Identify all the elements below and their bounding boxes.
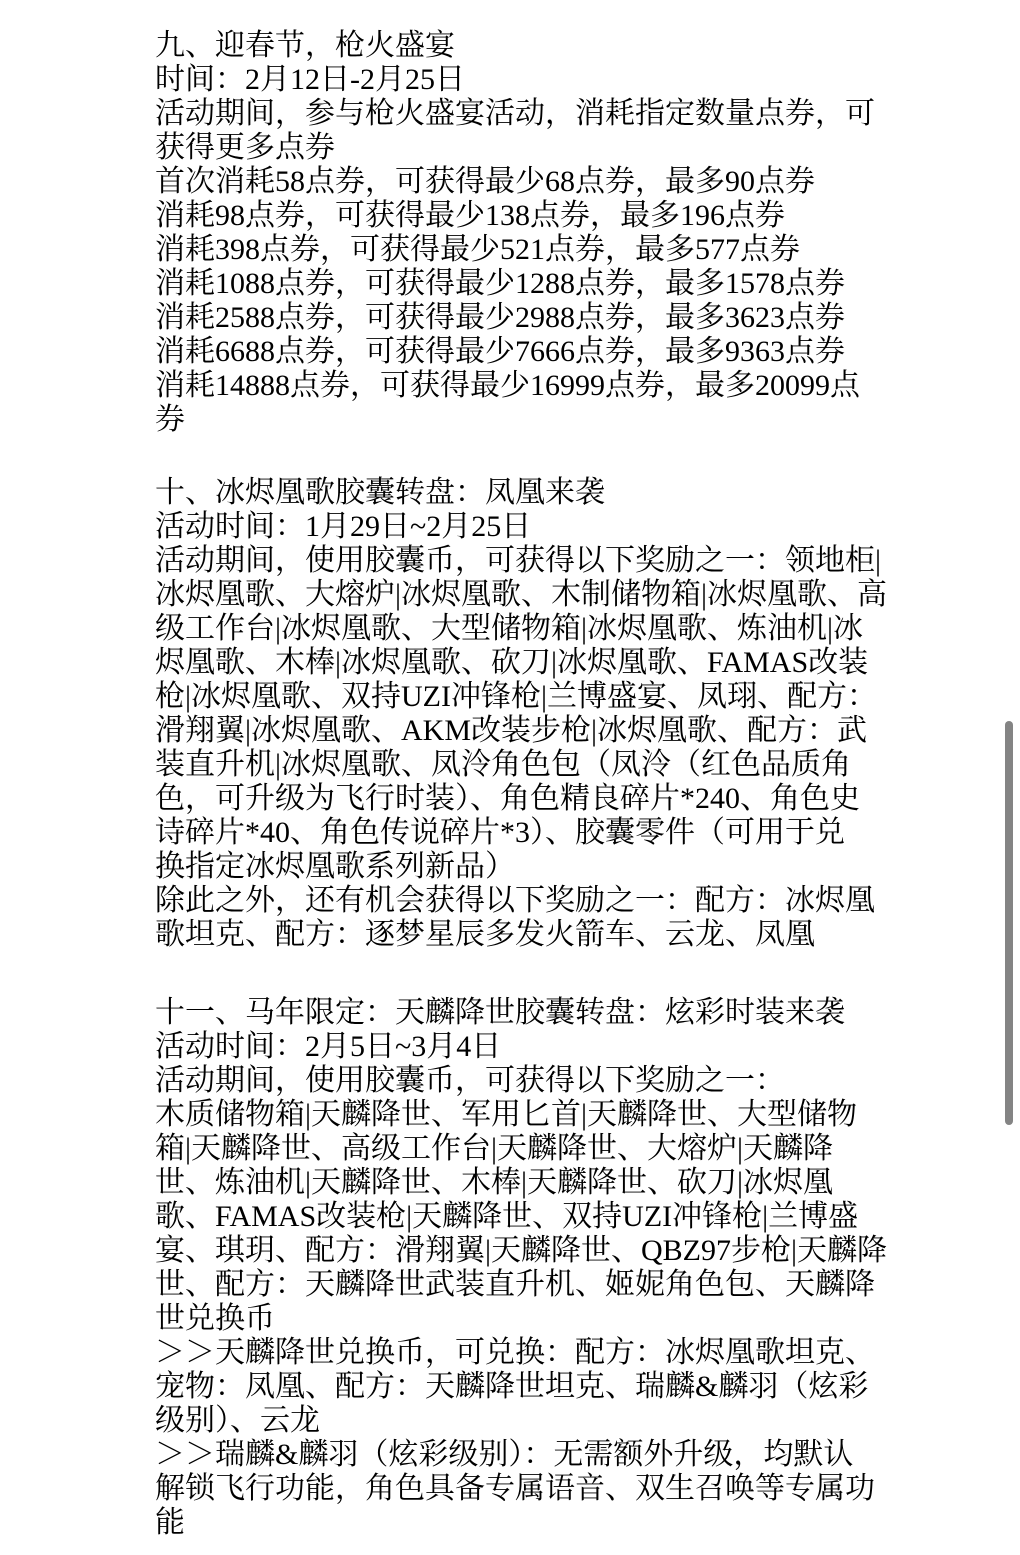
text-line: 能 [155, 1506, 900, 1540]
text-line: 箱|天麟降世、高级工作台|天麟降世、大熔炉|天麟降 [155, 1132, 900, 1166]
text-line: 除此之外，还有机会获得以下奖励之一：配方：冰烬凰 [155, 884, 900, 918]
text-line: 消耗14888点券，可获得最少16999点券，最多20099点 [155, 369, 900, 403]
text-line: 活动期间，参与枪火盛宴活动，消耗指定数量点券，可 [155, 97, 900, 131]
scrollbar-thumb[interactable] [1005, 721, 1013, 1125]
text-line: 九、迎春节，枪火盛宴 [155, 29, 900, 63]
text-line: 烬凰歌、木棒|冰烬凰歌、砍刀|冰烬凰歌、FAMAS改装 [155, 646, 900, 680]
text-line: 冰烬凰歌、大熔炉|冰烬凰歌、木制储物箱|冰烬凰歌、高 [155, 578, 900, 612]
text-line: 时间：2月12日-2月25日 [155, 63, 900, 97]
text-line: 滑翔翼|冰烬凰歌、AKM改装步枪|冰烬凰歌、配方：武 [155, 714, 900, 748]
text-line: 世兑换币 [155, 1302, 900, 1336]
text-line: 活动期间，使用胶囊币，可获得以下奖励之一：领地柜| [155, 544, 900, 578]
text-line: 消耗98点券，可获得最少138点券，最多196点券 [155, 199, 900, 233]
text-line: 消耗6688点券，可获得最少7666点券，最多9363点券 [155, 335, 900, 369]
section-event-10-phoenix-capsule: 十、冰烬凰歌胶囊转盘：凤凰来袭活动时间：1月29日~2月25日活动期间，使用胶囊… [155, 476, 900, 952]
text-line: 色，可升级为飞行时装）、角色精良碎片*240、角色史 [155, 782, 900, 816]
announcement-document: 九、迎春节，枪火盛宴时间：2月12日-2月25日活动期间，参与枪火盛宴活动，消耗… [155, 29, 900, 1540]
text-line: 十一、马年限定：天麟降世胶囊转盘：炫彩时装来袭 [155, 996, 900, 1030]
text-line: 歌坦克、配方：逐梦星辰多发火箭车、云龙、凤凰 [155, 918, 900, 952]
text-line: 装直升机|冰烬凰歌、凤泠角色包（凤泠（红色品质角 [155, 748, 900, 782]
text-line: 枪|冰烬凰歌、双持UZI冲锋枪|兰博盛宴、凤珝、配方： [155, 680, 900, 714]
text-line: 换指定冰烬凰歌系列新品） [155, 850, 900, 884]
text-line: 活动时间：1月29日~2月25日 [155, 510, 900, 544]
text-line: 活动时间：2月5日~3月4日 [155, 1030, 900, 1064]
text-line: 宠物：凤凰、配方：天麟降世坦克、瑞麟&麟羽（炫彩 [155, 1370, 900, 1404]
text-line: 十、冰烬凰歌胶囊转盘：凤凰来袭 [155, 476, 900, 510]
text-line: 消耗398点券，可获得最少521点券，最多577点券 [155, 233, 900, 267]
text-line: 级别）、云龙 [155, 1404, 900, 1438]
text-line: 木质储物箱|天麟降世、军用匕首|天麟降世、大型储物 [155, 1098, 900, 1132]
text-line: 获得更多点券 [155, 131, 900, 165]
text-line: 券 [155, 403, 900, 437]
text-line: 活动期间，使用胶囊币，可获得以下奖励之一： [155, 1064, 900, 1098]
section-event-11-tianlin-capsule: 十一、马年限定：天麟降世胶囊转盘：炫彩时装来袭活动时间：2月5日~3月4日活动期… [155, 996, 900, 1540]
text-line: ＞＞瑞麟&麟羽（炫彩级别）：无需额外升级，均默认 [155, 1438, 900, 1472]
text-line: 消耗2588点券，可获得最少2988点券，最多3623点券 [155, 301, 900, 335]
text-line: 宴、琪玥、配方：滑翔翼|天麟降世、QBZ97步枪|天麟降 [155, 1234, 900, 1268]
text-line: ＞＞天麟降世兑换币，可兑换：配方：冰烬凰歌坦克、 [155, 1336, 900, 1370]
text-line: 诗碎片*40、角色传说碎片*3）、胶囊零件（可用于兑 [155, 816, 900, 850]
text-line: 世、配方：天麟降世武装直升机、姬妮角色包、天麟降 [155, 1268, 900, 1302]
section-event-9-gunfire-feast: 九、迎春节，枪火盛宴时间：2月12日-2月25日活动期间，参与枪火盛宴活动，消耗… [155, 29, 900, 437]
text-line: 解锁飞行功能，角色具备专属语音、双生召唤等专属功 [155, 1472, 900, 1506]
text-line: 首次消耗58点券，可获得最少68点券，最多90点券 [155, 165, 900, 199]
text-line: 歌、FAMAS改装枪|天麟降世、双持UZI冲锋枪|兰博盛 [155, 1200, 900, 1234]
text-line: 消耗1088点券，可获得最少1288点券，最多1578点券 [155, 267, 900, 301]
text-line: 世、炼油机|天麟降世、木棒|天麟降世、砍刀|冰烬凰 [155, 1166, 900, 1200]
text-line: 级工作台|冰烬凰歌、大型储物箱|冰烬凰歌、炼油机|冰 [155, 612, 900, 646]
